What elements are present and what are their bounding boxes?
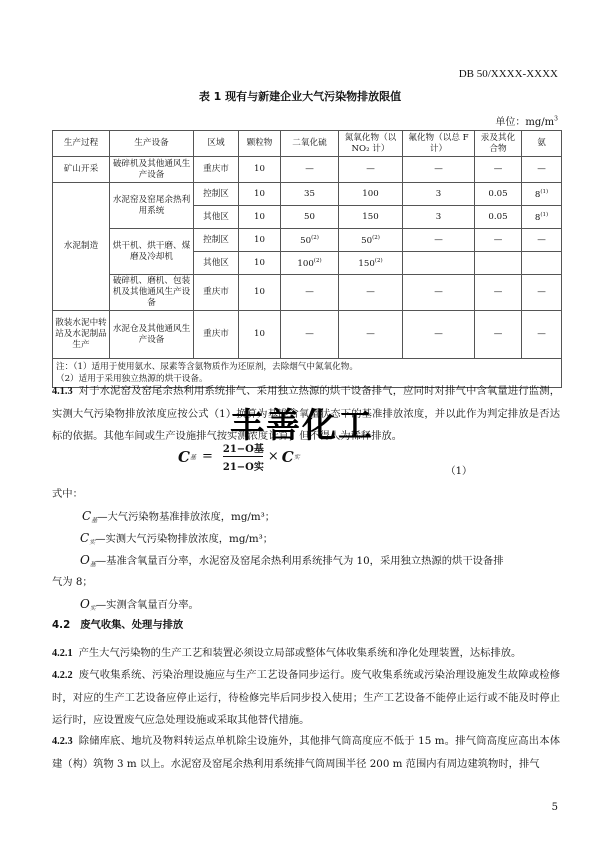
cell-equipment: 水泥窑及窑尾余热利用系统 xyxy=(110,183,194,229)
cell-ammonia xyxy=(522,252,562,275)
clause-4-2-2: 4.2.2废气收集系统、污染治理设施应与生产工艺设备同步运行。废气收集系统或污染… xyxy=(52,664,560,731)
cell-region: 控制区 xyxy=(194,229,239,252)
cell-pm: 10 xyxy=(239,252,281,275)
table-row: 烘干机、烘干磨、煤磨及冷却机 控制区 10 50(2) 50(2) — — — xyxy=(53,229,562,252)
cell-pm: 10 xyxy=(239,311,281,359)
formula-fraction: 21−O基 21−O实 xyxy=(223,440,264,473)
table-header-row: 生产过程 生产设备 区域 颗粒物 二氧化硫 氮氧化物（以 NO₂ 计） 氟化物（… xyxy=(53,131,562,157)
definition-item: O基—基准含氧量百分率，水泥窑及窑尾余热利用系统排气为 10，采用独立热源的烘干… xyxy=(80,549,504,576)
header-cell: 生产过程 xyxy=(53,131,110,157)
table-row: 矿山开采 破碎机及其他通风生产设备 重庆市 10 — — — — — xyxy=(53,157,562,183)
cell-region: 重庆市 xyxy=(194,157,239,183)
cell-ammonia: 8(1) xyxy=(522,183,562,206)
cell-equipment: 水泥仓及其他通风生产设备 xyxy=(110,311,194,359)
cell-nox: 100 xyxy=(339,183,403,206)
cell-nox: 50(2) xyxy=(339,229,403,252)
cell-process: 矿山开采 xyxy=(53,157,110,183)
cell-pm: 10 xyxy=(239,275,281,311)
cell-fluoride xyxy=(403,252,475,275)
clause-4-2-1: 4.2.1产生大气污染物的生产工艺和装置必须设立局部或整体气体收集系统和净化处理… xyxy=(52,642,560,665)
cell-pm: 10 xyxy=(239,157,281,183)
cell-pm: 10 xyxy=(239,206,281,229)
cell-equipment: 破碎机、磨机、包装机及其他通风生产设备 xyxy=(110,275,194,311)
cell-fluoride: — xyxy=(403,311,475,359)
table-row: 水泥制造 水泥窑及窑尾余热利用系统 控制区 10 35 100 3 0.05 8… xyxy=(53,183,562,206)
table-title: 表 1 现有与新建企业大气污染物排放限值 xyxy=(0,88,600,104)
cell-process: 散装水泥中转站及水泥制品生产 xyxy=(53,311,110,359)
cell-fluoride: — xyxy=(403,275,475,311)
cell-process: 水泥制造 xyxy=(53,183,110,311)
cell-mercury: — xyxy=(475,157,522,183)
header-cell: 二氧化硫 xyxy=(281,131,339,157)
cell-mercury: — xyxy=(475,275,522,311)
cell-ammonia: — xyxy=(522,275,562,311)
cell-ammonia: — xyxy=(522,229,562,252)
cell-mercury: 0.05 xyxy=(475,183,522,206)
cell-so2: — xyxy=(281,157,339,183)
cell-region: 重庆市 xyxy=(194,275,239,311)
cell-ammonia: — xyxy=(522,157,562,183)
emission-limits-table: 生产过程 生产设备 区域 颗粒物 二氧化硫 氮氧化物（以 NO₂ 计） 氟化物（… xyxy=(52,130,562,388)
cell-so2: — xyxy=(281,311,339,359)
cell-mercury xyxy=(475,252,522,275)
header-cell: 氮氧化物（以 NO₂ 计） xyxy=(339,131,403,157)
definitions-intro: 式中： xyxy=(52,483,83,505)
cell-ammonia: — xyxy=(522,311,562,359)
cell-so2: 50 xyxy=(281,206,339,229)
page-number: 5 xyxy=(552,802,558,813)
cell-fluoride: 3 xyxy=(403,206,475,229)
table-row: 破碎机、磨机、包装机及其他通风生产设备 重庆市 10 — — — — — xyxy=(53,275,562,311)
cell-so2: 50(2) xyxy=(281,229,339,252)
cell-region: 重庆市 xyxy=(194,311,239,359)
cell-so2: 35 xyxy=(281,183,339,206)
cell-pm: 10 xyxy=(239,229,281,252)
cell-mercury: — xyxy=(475,311,522,359)
table-row: 散装水泥中转站及水泥制品生产 水泥仓及其他通风生产设备 重庆市 10 — — —… xyxy=(53,311,562,359)
cell-so2: — xyxy=(281,275,339,311)
section-heading-4-2: 4.2废气收集、处理与排放 xyxy=(52,616,183,631)
cell-nox: 150(2) xyxy=(339,252,403,275)
cell-region: 控制区 xyxy=(194,183,239,206)
cell-nox: — xyxy=(339,275,403,311)
header-cell: 氟化物（以总 F 计） xyxy=(403,131,475,157)
cell-equipment: 烘干机、烘干磨、煤磨及冷却机 xyxy=(110,229,194,275)
unit-label: 单位：mg/m3 xyxy=(495,113,558,128)
cell-nox: 150 xyxy=(339,206,403,229)
document-id: DB 50/XXXX-XXXX xyxy=(459,68,558,80)
header-cell: 颗粒物 xyxy=(239,131,281,157)
header-cell: 生产设备 xyxy=(110,131,194,157)
cell-pm: 10 xyxy=(239,183,281,206)
cell-fluoride: — xyxy=(403,157,475,183)
formula-1: C基 = 21−O基 21−O实 × C实 xyxy=(178,440,300,473)
cell-region: 其他区 xyxy=(194,206,239,229)
cell-ammonia: 8(1) xyxy=(522,206,562,229)
cell-nox: — xyxy=(339,157,403,183)
clause-4-2-3: 4.2.3除储库底、地坑及物料转运点单机除尘设施外，其他排气筒高度应不低于 15… xyxy=(52,730,560,775)
header-cell: 氨 xyxy=(522,131,562,157)
header-cell: 区域 xyxy=(194,131,239,157)
document-page: DB 50/XXXX-XXXX 表 1 现有与新建企业大气污染物排放限值 单位：… xyxy=(0,0,600,848)
cell-so2: 100(2) xyxy=(281,252,339,275)
equation-number: （1） xyxy=(446,462,472,477)
cell-mercury: 0.05 xyxy=(475,206,522,229)
definition-item-continued: 气为 8； xyxy=(52,571,93,593)
cell-fluoride: 3 xyxy=(403,183,475,206)
cell-nox: — xyxy=(339,311,403,359)
cell-equipment: 破碎机及其他通风生产设备 xyxy=(110,157,194,183)
cell-fluoride: — xyxy=(403,229,475,252)
header-cell: 汞及其化合物 xyxy=(475,131,522,157)
cell-mercury: — xyxy=(475,229,522,252)
cell-region: 其他区 xyxy=(194,252,239,275)
note-1: 注：（1）适用于使用氨水、尿素等含氨物质作为还原剂，去除烟气中氮氧化物。 xyxy=(56,361,558,373)
